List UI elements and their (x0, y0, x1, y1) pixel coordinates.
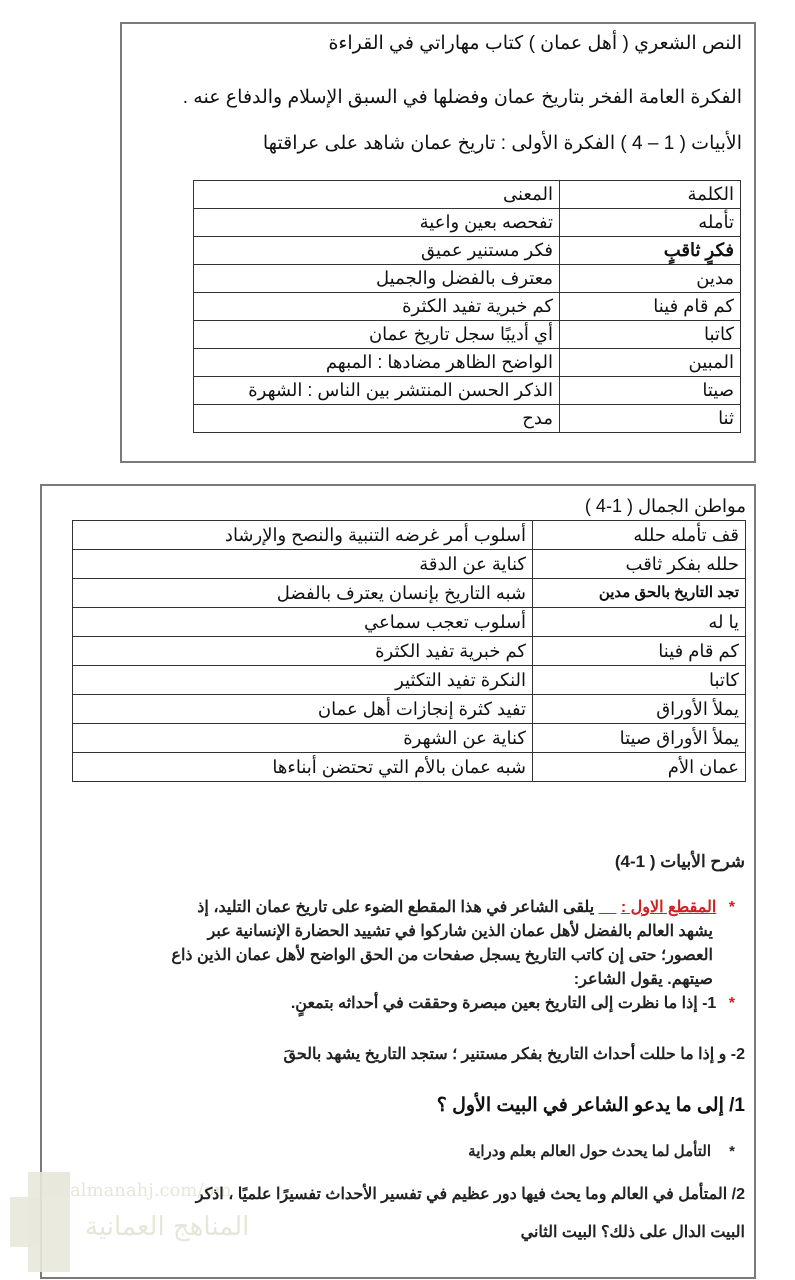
table-row: كاتبا النكرة تفيد التكثير (73, 666, 746, 695)
bullet-star-icon: * (729, 1143, 735, 1160)
stanza-text: العصور؛ حتى إن كاتب التاريخ يسجل صفحات م… (95, 944, 735, 968)
bullet-star-icon: * (729, 899, 735, 916)
explanation-title: شرح الأبيات ( 1-4) (615, 852, 745, 872)
note-cell: شبه عمان بالأم التي تحتضن أبناءها (73, 753, 533, 782)
meaning-cell: أي أديبًا سجل تاريخ عمان (194, 321, 560, 349)
beauty-title: مواطن الجمال ( 1-4 ) (585, 496, 746, 517)
question-1: 1/ إلى ما يدعو الشاعر في البيت الأول ؟ (437, 1094, 745, 1117)
note-cell: أسلوب تعجب سماعي (73, 608, 533, 637)
table-row: يا له أسلوب تعجب سماعي (73, 608, 746, 637)
phrase-cell: يملأ الأوراق صيتا (533, 724, 746, 753)
phrase-cell: حلله بفكر ثاقب (533, 550, 746, 579)
header-word: الكلمة (560, 181, 741, 209)
first-idea: الأبيات ( 1 – 4 ) الفكرة الأولى : تاريخ … (263, 132, 742, 155)
table-row: يملأ الأوراق صيتا كناية عن الشهرة (73, 724, 746, 753)
table-row: يملأ الأوراق تفيد كثرة إنجازات أهل عمان (73, 695, 746, 724)
note-cell: كناية عن الدقة (73, 550, 533, 579)
table-row: عمان الأم شبه عمان بالأم التي تحتضن أبنا… (73, 753, 746, 782)
meaning-cell: مدح (194, 405, 560, 433)
phrase-cell: كاتبا (533, 666, 746, 695)
note-cell: تفيد كثرة إنجازات أهل عمان (73, 695, 533, 724)
verse-1: 1- إذا ما نظرت إلى التاريخ بعين مبصرة وح… (291, 995, 717, 1012)
meaning-cell: تفحصه بعين واعية (194, 209, 560, 237)
phrase-cell: تجد التاريخ بالحق مدين (533, 579, 746, 608)
header-meaning: المعنى (194, 181, 560, 209)
meaning-cell: فكر مستنير عميق (194, 237, 560, 265)
meaning-cell: الواضح الظاهر مضادها : المبهم (194, 349, 560, 377)
word-cell: تأمله (560, 209, 741, 237)
section-title: النص الشعري ( أهل عمان ) كتاب مهاراتي في… (328, 32, 742, 55)
stanza-text: يلقى الشاعر في هذا المقطع الضوء على تاري… (197, 899, 594, 916)
stanza-paragraph: * المقطع الاول : يلقى الشاعر في هذا المق… (95, 896, 735, 1016)
word-cell: ثنا (560, 405, 741, 433)
meaning-cell: كم خبرية تفيد الكثرة (194, 293, 560, 321)
table-row: تجد التاريخ بالحق مدين شبه التاريخ بإنسا… (73, 579, 746, 608)
table-row: فكرٍ ثاقبٍ فكر مستنير عميق (194, 237, 741, 265)
table-row: المبين الواضح الظاهر مضادها : المبهم (194, 349, 741, 377)
table-row: قف تأمله حلله أسلوب أمر غرضه التنبية وال… (73, 521, 746, 550)
word-cell: فكرٍ ثاقبٍ (560, 237, 741, 265)
note-cell: النكرة تفيد التكثير (73, 666, 533, 695)
watermark-shape (42, 1172, 70, 1197)
watermark-arabic: المناهج العمانية (85, 1212, 249, 1242)
watermark-shape (10, 1197, 40, 1247)
word-cell: صيتا (560, 377, 741, 405)
word-cell: كاتبا (560, 321, 741, 349)
phrase-cell: يا له (533, 608, 746, 637)
phrase-cell: يملأ الأوراق (533, 695, 746, 724)
note-cell: شبه التاريخ بإنسان يعترف بالفضل (73, 579, 533, 608)
phrase-cell: عمان الأم (533, 753, 746, 782)
note-cell: كناية عن الشهرة (73, 724, 533, 753)
beauty-table: قف تأمله حلله أسلوب أمر غرضه التنبية وال… (72, 520, 746, 782)
note-cell: كم خبرية تفيد الكثرة (73, 637, 533, 666)
verse-2: 2- و إذا ما حللت أحداث التاريخ بفكر مستن… (284, 1044, 746, 1064)
table-row: كم قام فينا كم خبرية تفيد الكثرة (194, 293, 741, 321)
bullet-star-icon: * (729, 995, 735, 1012)
table-row: كم قام فينا كم خبرية تفيد الكثرة (73, 637, 746, 666)
stanza-text: يشهد العالم بالفضل لأهل عمان الذين شاركو… (95, 920, 735, 944)
meaning-cell: معترف بالفضل والجميل (194, 265, 560, 293)
word-cell: مدين (560, 265, 741, 293)
word-cell: المبين (560, 349, 741, 377)
table-row: كاتبا أي أديبًا سجل تاريخ عمان (194, 321, 741, 349)
stanza-label: المقطع الاول : (621, 899, 716, 916)
question-2-answer: البيت الدال على ذلك؟ البيت الثاني (521, 1222, 745, 1242)
stanza-text: صيتهم. يقول الشاعر: (95, 968, 735, 992)
table-row: حلله بفكر ثاقب كناية عن الدقة (73, 550, 746, 579)
table-row: ثنا مدح (194, 405, 741, 433)
word-cell: كم قام فينا (560, 293, 741, 321)
vocabulary-table: الكلمة المعنى تأمله تفحصه بعين واعية فكر… (193, 180, 741, 433)
table-row: مدين معترف بالفضل والجميل (194, 265, 741, 293)
table-row: تأمله تفحصه بعين واعية (194, 209, 741, 237)
meaning-cell: الذكر الحسن المنتشر بين الناس : الشهرة (194, 377, 560, 405)
note-cell: أسلوب أمر غرضه التنبية والنصح والإرشاد (73, 521, 533, 550)
phrase-cell: كم قام فينا (533, 637, 746, 666)
phrase-cell: قف تأمله حلله (533, 521, 746, 550)
question-2: 2/ المتأمل في العالم وما يحث فيها دور عظ… (196, 1184, 745, 1204)
table-row: صيتا الذكر الحسن المنتشر بين الناس : الش… (194, 377, 741, 405)
answer-1: * التأمل لما يحدث حول العالم بعلم ودراية (468, 1142, 735, 1160)
table-header-row: الكلمة المعنى (194, 181, 741, 209)
general-idea: الفكرة العامة الفخر بتاريخ عمان وفضلها ف… (183, 86, 742, 109)
